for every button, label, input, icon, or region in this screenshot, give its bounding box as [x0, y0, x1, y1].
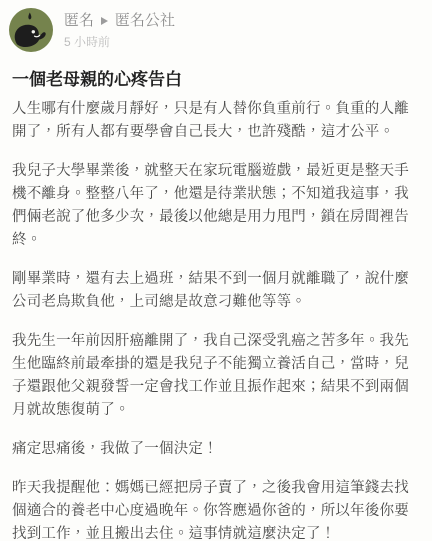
post-paragraph: 痛定思痛後，我做了一個決定！: [12, 438, 420, 461]
post-body: 一個老母親的心疼告白 人生哪有什麼歲月靜好，只是有人替你負重前行。負重的人離開了…: [0, 68, 432, 541]
whale-icon: [9, 8, 53, 52]
post-header: 匿名 匿名公社 5 小時前: [0, 0, 432, 52]
author-name[interactable]: 匿名: [64, 11, 94, 31]
avatar[interactable]: [9, 8, 53, 52]
post-paragraph: 人生哪有什麼歲月靜好，只是有人替你負重前行。負重的人離開了，所有人都有要學會自己…: [12, 98, 420, 144]
post-paragraph: 我先生一年前因肝癌離開了，我自己深受乳癌之苦多年。我先生他臨終前最牽掛的還是我兒…: [12, 330, 420, 422]
board-name[interactable]: 匿名公社: [115, 11, 175, 31]
post-title: 一個老母親的心疼告白: [12, 68, 420, 92]
post-paragraph: 剛畢業時，還有去上過班，結果不到一個月就離職了，說什麼公司老鳥欺負他，上司總是故…: [12, 268, 420, 314]
post-paragraphs: 人生哪有什麼歲月靜好，只是有人替你負重前行。負重的人離開了，所有人都有要學會自己…: [12, 98, 420, 541]
post-paragraph: 我兒子大學畢業後，就整天在家玩電腦遊戲，最近更是整天手機不離身。整整八年了，他還…: [12, 160, 420, 252]
post-meta: 匿名 匿名公社 5 小時前: [64, 8, 175, 49]
post-paragraph: 昨天我提醒他：媽媽已經把房子賣了，之後我會用這筆錢去找個適合的養老中心度過晚年。…: [12, 477, 420, 541]
author-row: 匿名 匿名公社: [64, 11, 175, 31]
forward-arrow-icon: [101, 17, 108, 25]
post-timestamp: 5 小時前: [64, 35, 175, 49]
